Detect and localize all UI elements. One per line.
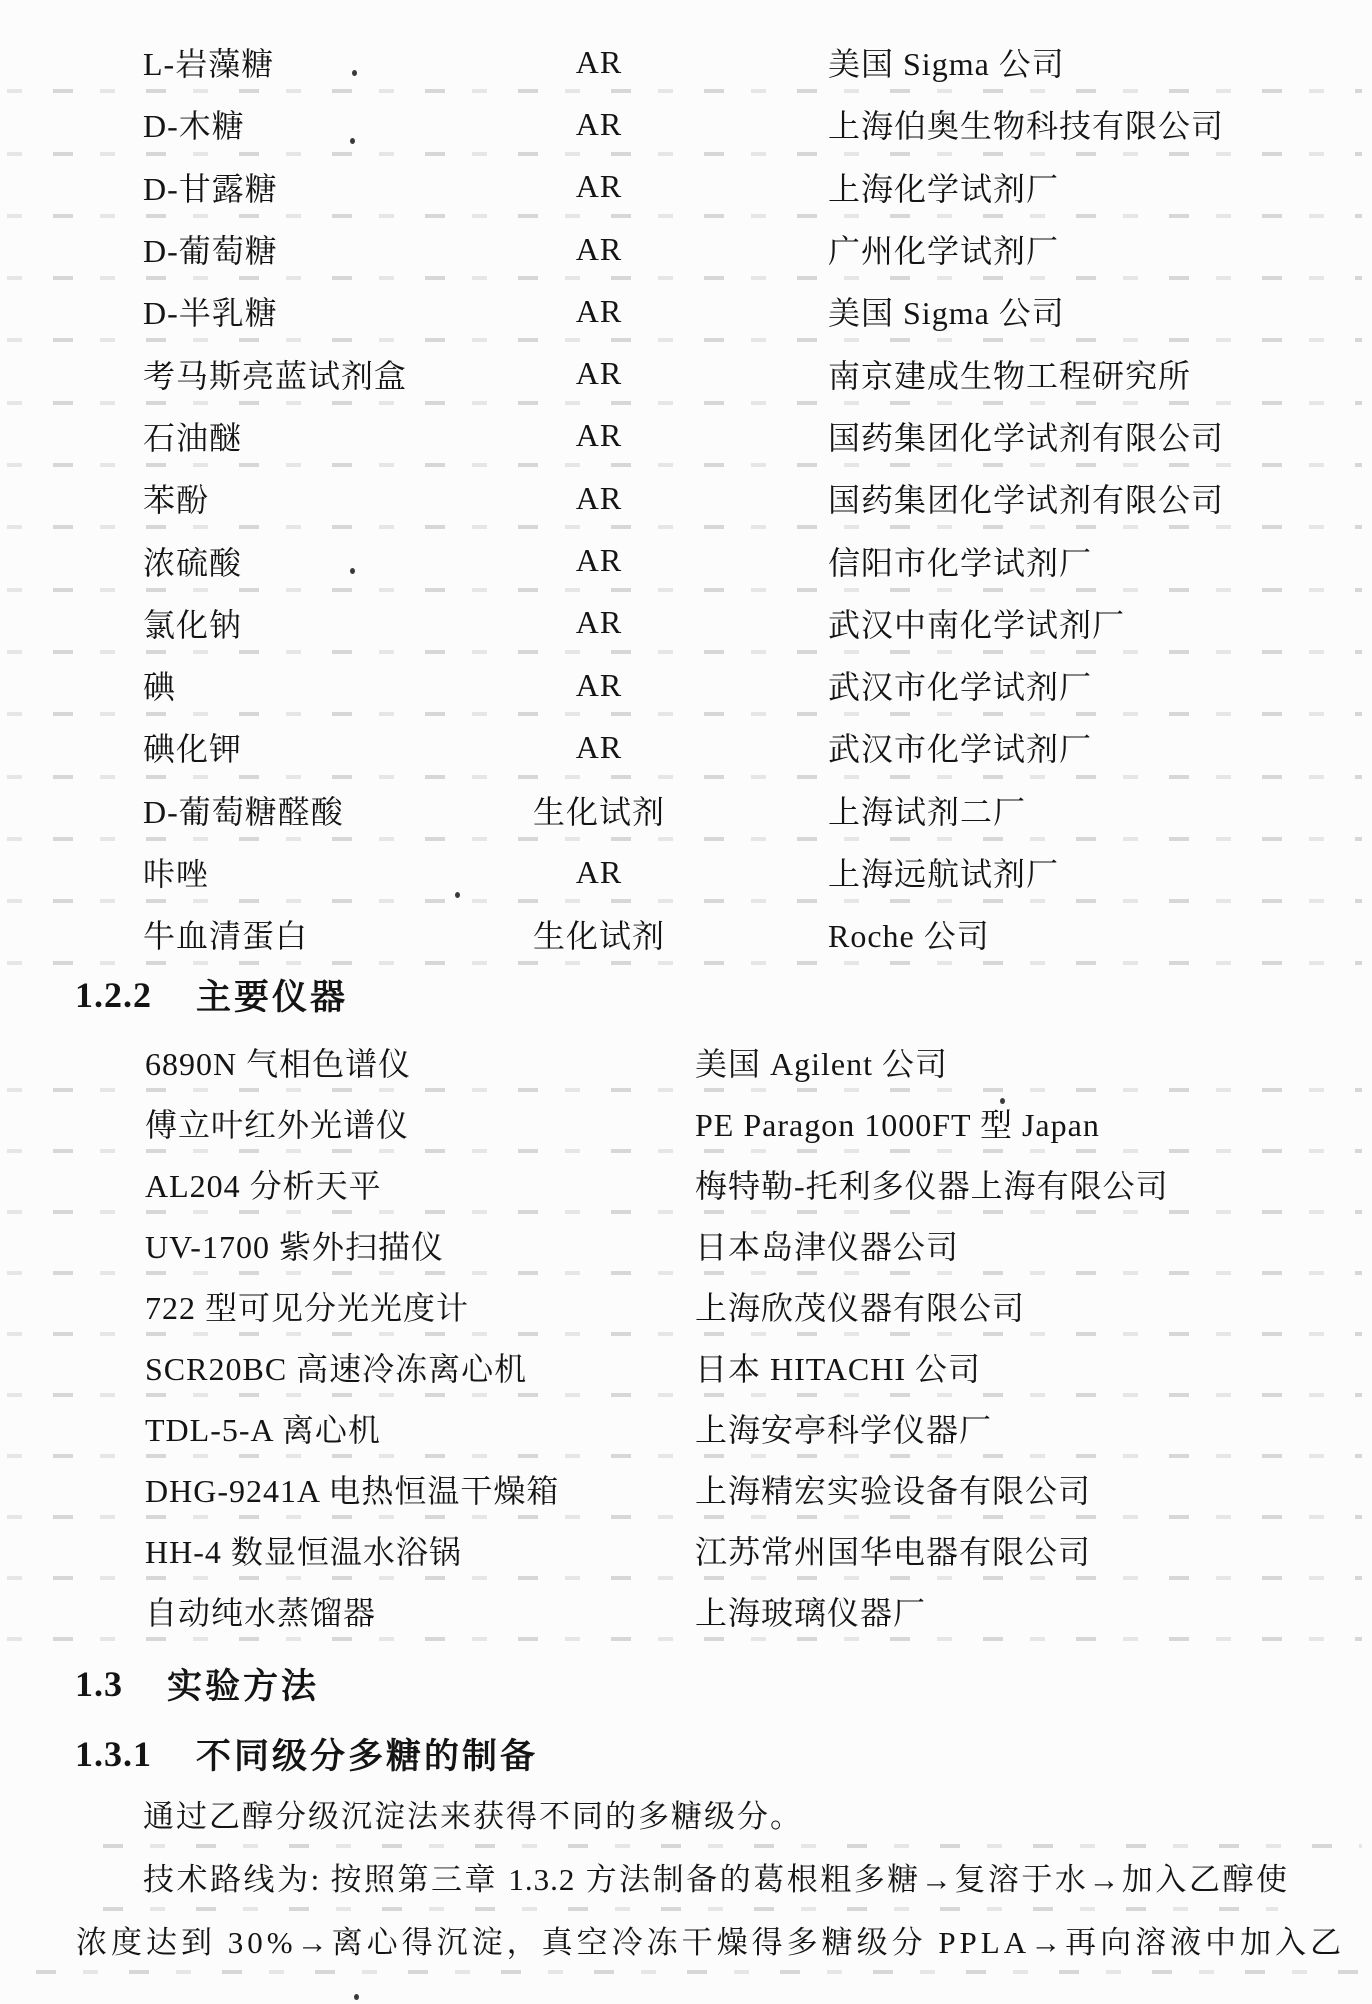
section-number: 1.3 [75, 1663, 123, 1705]
table-row: 碘化钾 AR 武汉市化学试剂厂 [0, 716, 1372, 778]
reagent-grade: AR [458, 729, 740, 766]
table-row: D-葡萄糖 AR 广州化学试剂厂 [0, 218, 1372, 280]
scan-speck [350, 568, 355, 574]
reagent-grade: AR [458, 231, 740, 268]
reagent-supplier: 信阳市化学试剂厂 [740, 538, 1372, 584]
table-row: 石油醚 AR 国药集团化学试剂有限公司 [0, 405, 1372, 467]
table-row: HH-4 数显恒温水浴锅 江苏常州国华电器有限公司 [0, 1519, 1372, 1580]
instrument-supplier: 上海欣茂仪器有限公司 [695, 1283, 1372, 1329]
reagent-supplier: 美国 Sigma 公司 [740, 39, 1372, 85]
reagent-supplier: 上海化学试剂厂 [740, 164, 1372, 210]
reagent-grade: AR [458, 355, 740, 392]
instrument-supplier: PE Paragon 1000FT 型 Japan [695, 1100, 1372, 1146]
reagent-name: D-葡萄糖 [143, 226, 458, 272]
reagent-grade: AR [458, 293, 740, 330]
table-row: D-葡萄糖醛酸 生化试剂 上海试剂二厂 [0, 779, 1372, 841]
table-row: AL204 分析天平 梅特勒-托利多仪器上海有限公司 [0, 1153, 1372, 1214]
section-heading-prep: 1.3.1 不同级分多糖的制备 [0, 1731, 1372, 1777]
table-row: 浓硫酸 AR 信阳市化学试剂厂 [0, 529, 1372, 591]
instrument-name: UV-1700 紫外扫描仪 [145, 1222, 695, 1268]
reagent-name: 石油醚 [143, 413, 458, 459]
table-row: 咔唑 AR 上海远航试剂厂 [0, 841, 1372, 903]
reagent-name: D-葡萄糖醛酸 [143, 787, 458, 833]
table-row: TDL-5-A 离心机 上海安亭科学仪器厂 [0, 1397, 1372, 1458]
instrument-name: 自动纯水蒸馏器 [145, 1588, 695, 1634]
reagent-name: D-半乳糖 [143, 288, 458, 334]
table-row: 722 型可见分光光度计 上海欣茂仪器有限公司 [0, 1275, 1372, 1336]
reagent-name: 牛血清蛋白 [143, 911, 458, 957]
section-title: 不同级分多糖的制备 [196, 1729, 538, 1779]
reagent-grade: 生化试剂 [458, 911, 740, 957]
reagent-supplier: 上海远航试剂厂 [740, 849, 1372, 895]
instrument-name: 6890N 气相色谱仪 [145, 1039, 695, 1085]
reagent-grade: AR [458, 44, 740, 81]
reagent-grade: AR [458, 542, 740, 579]
table-row: SCR20BC 高速冷冻离心机 日本 HITACHI 公司 [0, 1336, 1372, 1397]
table-row: 氯化钠 AR 武汉中南化学试剂厂 [0, 592, 1372, 654]
reagent-supplier: 上海试剂二厂 [740, 787, 1372, 833]
reagent-name: 咔唑 [143, 849, 458, 895]
table-row: 考马斯亮蓝试剂盒 AR 南京建成生物工程研究所 [0, 342, 1372, 404]
paragraph-line: 技术路线为: 按照第三章 1.3.2 方法制备的葛根粗多糖→复溶于水→加入乙醇使 [143, 1848, 1288, 1911]
reagents-table: L-岩藻糖 AR 美国 Sigma 公司 D-木糖 AR 上海伯奥生物科技有限公… [0, 31, 1372, 965]
reagent-name: 浓硫酸 [143, 538, 458, 584]
instrument-name: SCR20BC 高速冷冻离心机 [145, 1344, 695, 1390]
reagent-grade: AR [458, 667, 740, 704]
table-row: 苯酚 AR 国药集团化学试剂有限公司 [0, 467, 1372, 529]
table-row: 牛血清蛋白 生化试剂 Roche 公司 [0, 903, 1372, 965]
instrument-supplier: 梅特勒-托利多仪器上海有限公司 [695, 1161, 1372, 1207]
scanned-thesis-page: L-岩藻糖 AR 美国 Sigma 公司 D-木糖 AR 上海伯奥生物科技有限公… [0, 0, 1372, 2004]
reagent-supplier: 国药集团化学试剂有限公司 [740, 475, 1372, 521]
reagent-supplier: 上海伯奥生物科技有限公司 [740, 101, 1372, 147]
table-row: D-半乳糖 AR 美国 Sigma 公司 [0, 280, 1372, 342]
table-row: 自动纯水蒸馏器 上海玻璃仪器厂 [0, 1580, 1372, 1641]
reagent-grade: AR [458, 480, 740, 517]
reagent-grade: AR [458, 604, 740, 641]
instrument-name: AL204 分析天平 [145, 1161, 695, 1207]
instrument-supplier: 上海安亭科学仪器厂 [695, 1405, 1372, 1451]
reagent-supplier: 广州化学试剂厂 [740, 226, 1372, 272]
reagent-name: D-木糖 [143, 101, 458, 147]
instrument-name: DHG-9241A 电热恒温干燥箱 [145, 1466, 695, 1512]
instrument-name: 722 型可见分光光度计 [145, 1283, 695, 1329]
table-row: D-木糖 AR 上海伯奥生物科技有限公司 [0, 93, 1372, 155]
section-number: 1.2.2 [75, 974, 152, 1016]
reagent-grade: AR [458, 854, 740, 891]
scan-speck [350, 138, 355, 144]
table-row: UV-1700 紫外扫描仪 日本岛津仪器公司 [0, 1214, 1372, 1275]
instrument-name: 傅立叶红外光谱仪 [145, 1100, 695, 1146]
reagent-name: 碘 [143, 662, 458, 708]
paragraph-overview: 通过乙醇分级沉淀法来获得不同的多糖级分。 [143, 1785, 1372, 1848]
section-title: 主要仪器 [196, 970, 348, 1020]
scan-speck [1000, 1098, 1005, 1104]
reagent-grade: AR [458, 168, 740, 205]
instrument-supplier: 上海精宏实验设备有限公司 [695, 1466, 1372, 1512]
paragraph-technical-route: 技术路线为: 按照第三章 1.3.2 方法制备的葛根粗多糖→复溶于水→加入乙醇使… [76, 1848, 1372, 1974]
reagent-supplier: 武汉中南化学试剂厂 [740, 600, 1372, 646]
reagent-supplier: 南京建成生物工程研究所 [740, 351, 1372, 397]
scan-speck [352, 70, 357, 76]
reagent-name: 碘化钾 [143, 724, 458, 770]
reagent-grade: AR [458, 417, 740, 454]
reagent-supplier: 武汉市化学试剂厂 [740, 724, 1372, 770]
instrument-name: HH-4 数显恒温水浴锅 [145, 1527, 695, 1573]
table-row: D-甘露糖 AR 上海化学试剂厂 [0, 156, 1372, 218]
scan-speck [354, 1994, 359, 2000]
section-number: 1.3.1 [75, 1733, 152, 1775]
table-row: L-岩藻糖 AR 美国 Sigma 公司 [0, 31, 1372, 93]
reagent-supplier: 武汉市化学试剂厂 [740, 662, 1372, 708]
paragraph-line: 浓度达到 30%→离心得沉淀，真空冷冻干燥得多糖级分 PPLA→再向溶液中加入乙 [76, 1911, 1372, 1974]
table-row: DHG-9241A 电热恒温干燥箱 上海精宏实验设备有限公司 [0, 1458, 1372, 1519]
reagent-grade: 生化试剂 [458, 787, 740, 833]
reagent-grade: AR [458, 106, 740, 143]
instruments-table: 6890N 气相色谱仪 美国 Agilent 公司 傅立叶红外光谱仪 PE Pa… [0, 1031, 1372, 1641]
instrument-supplier: 美国 Agilent 公司 [695, 1039, 1372, 1085]
reagent-supplier: 国药集团化学试剂有限公司 [740, 413, 1372, 459]
table-row: 傅立叶红外光谱仪 PE Paragon 1000FT 型 Japan [0, 1092, 1372, 1153]
instrument-supplier: 日本 HITACHI 公司 [695, 1344, 1372, 1390]
section-title: 实验方法 [167, 1659, 319, 1709]
reagent-name: D-甘露糖 [143, 164, 458, 210]
reagent-supplier: Roche 公司 [740, 911, 1372, 957]
reagent-name: 氯化钠 [143, 600, 458, 646]
instrument-supplier: 日本岛津仪器公司 [695, 1222, 1372, 1268]
reagent-name: 苯酚 [143, 475, 458, 521]
instrument-supplier: 江苏常州国华电器有限公司 [695, 1527, 1372, 1573]
table-row: 6890N 气相色谱仪 美国 Agilent 公司 [0, 1031, 1372, 1092]
section-heading-methods: 1.3 实验方法 [0, 1661, 1372, 1707]
reagent-name: L-岩藻糖 [143, 39, 458, 85]
instrument-name: TDL-5-A 离心机 [145, 1405, 695, 1451]
table-row: 碘 AR 武汉市化学试剂厂 [0, 654, 1372, 716]
reagent-supplier: 美国 Sigma 公司 [740, 288, 1372, 334]
section-heading-instruments: 1.2.2 主要仪器 [0, 972, 1372, 1018]
instrument-supplier: 上海玻璃仪器厂 [695, 1588, 1372, 1634]
reagent-name: 考马斯亮蓝试剂盒 [143, 351, 458, 397]
scan-speck [455, 892, 460, 898]
